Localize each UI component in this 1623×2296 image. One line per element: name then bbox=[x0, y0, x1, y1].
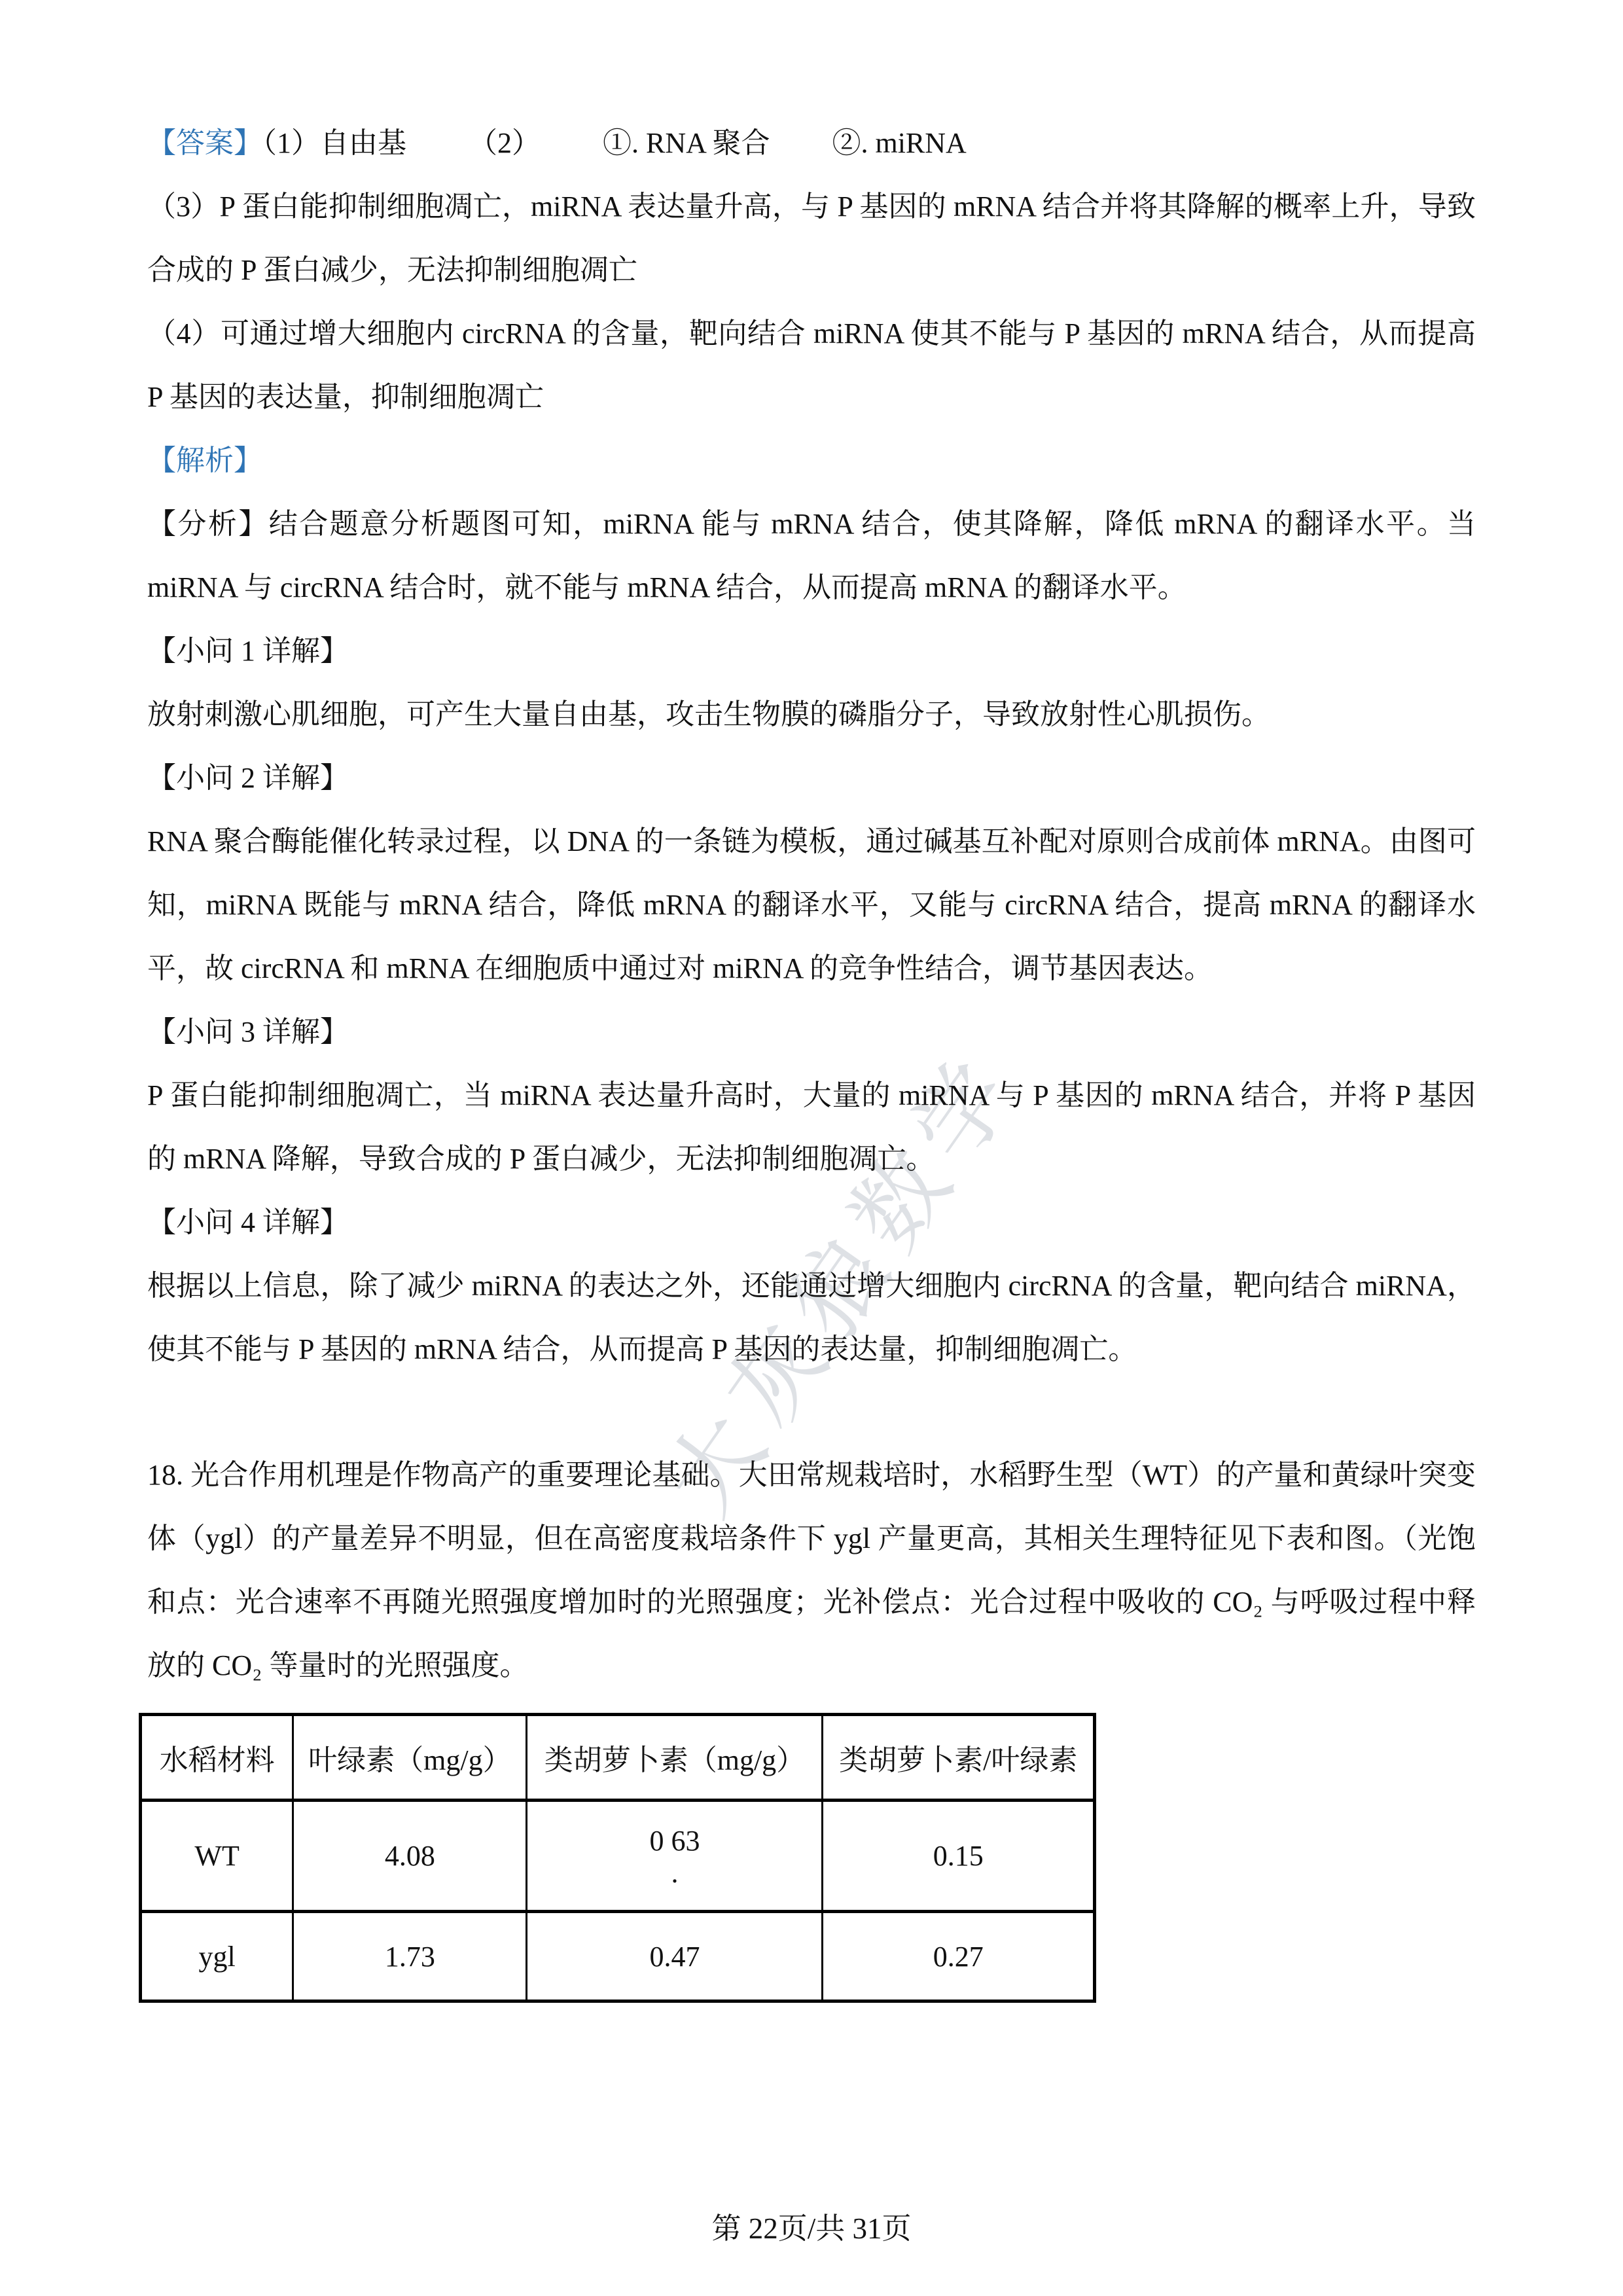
rice-trait-table: 水稻材料 叶绿素（mg/g） 类胡萝卜素（mg/g） 类胡萝卜素/叶绿素 WT … bbox=[139, 1713, 1096, 2003]
question-18-paragraph: 18. 光合作用机理是作物高产的重要理论基础。大田常规栽培时，水稻野生型（WT）… bbox=[147, 1443, 1476, 1697]
table-row-ygl: ygl 1.73 0.47 0.27 bbox=[141, 1912, 1095, 2001]
answer-point-3: （3）P 蛋白能抑制细胞凋亡，miRNA 表达量升高，与 P 基因的 mRNA … bbox=[147, 175, 1476, 302]
sub1-label: 【小问 1 详解】 bbox=[147, 619, 1476, 683]
answer-point-4: （4）可通过增大细胞内 circRNA 的含量，靶向结合 miRNA 使其不能与… bbox=[147, 302, 1476, 429]
header-chlorophyll: 叶绿素（mg/g） bbox=[293, 1715, 527, 1801]
sub3-label: 【小问 3 详解】 bbox=[147, 1000, 1476, 1064]
header-carotenoid: 类胡萝卜素（mg/g） bbox=[527, 1715, 823, 1801]
jiexi-section-label: 【解析】 bbox=[147, 429, 1476, 492]
cell-wt-chlorophyll: 4.08 bbox=[293, 1801, 527, 1912]
answer-line: 【答案】（1）自由基（2）①. RNA 聚合②. miRNA bbox=[147, 111, 1476, 175]
cell-wt-carotenoid-line2: . bbox=[527, 1858, 821, 1888]
answer-segment-2: （2） bbox=[469, 127, 541, 159]
sub2-paragraph: RNA 聚合酶能催化转录过程，以 DNA 的一条链为模板，通过碱基互补配对原则合… bbox=[147, 810, 1476, 1000]
cell-ygl-carotenoid: 0.47 bbox=[527, 1912, 823, 2001]
sub1-paragraph: 放射刺激心肌细胞，可产生大量自由基，攻击生物膜的磷脂分子，导致放射性心肌损伤。 bbox=[147, 683, 1476, 746]
table-header-row: 水稻材料 叶绿素（mg/g） 类胡萝卜素（mg/g） 类胡萝卜素/叶绿素 bbox=[141, 1715, 1095, 1801]
answer-label: 【答案】 bbox=[147, 127, 262, 159]
jiexi-label: 【解析】 bbox=[147, 444, 262, 476]
cell-wt-carotenoid: 0 63 . bbox=[527, 1801, 823, 1912]
sub2-label: 【小问 2 详解】 bbox=[147, 746, 1476, 810]
answer-segment-3: ①. RNA 聚合 bbox=[603, 127, 770, 159]
header-rice-material: 水稻材料 bbox=[141, 1715, 293, 1801]
fenxi-label: 【分析】 bbox=[147, 508, 269, 540]
cell-wt-material: WT bbox=[141, 1801, 293, 1912]
page-number-footer: 第 22页/共 31页 bbox=[0, 2204, 1623, 2247]
fenxi-text: 结合题意分析题图可知，miRNA 能与 mRNA 结合，使其降解，降低 mRNA… bbox=[147, 508, 1476, 603]
cell-ygl-material: ygl bbox=[141, 1912, 293, 2001]
cell-ygl-ratio: 0.27 bbox=[823, 1912, 1095, 2001]
answer-segment-1: （1）自由基 bbox=[262, 127, 406, 159]
sub4-paragraph: 根据以上信息，除了减少 miRNA 的表达之外，还能通过增大细胞内 circRN… bbox=[147, 1254, 1476, 1381]
cell-wt-ratio: 0.15 bbox=[823, 1801, 1095, 1912]
cell-ygl-chlorophyll: 1.73 bbox=[293, 1912, 527, 2001]
sub4-label: 【小问 4 详解】 bbox=[147, 1191, 1476, 1254]
fenxi-paragraph: 【分析】结合题意分析题图可知，miRNA 能与 mRNA 结合，使其降解，降低 … bbox=[147, 492, 1476, 619]
table-row-wt: WT 4.08 0 63 . 0.15 bbox=[141, 1801, 1095, 1912]
document-page: 大灰狼数学 【答案】（1）自由基（2）①. RNA 聚合②. miRNA （3）… bbox=[0, 0, 1623, 2296]
document-content: 【答案】（1）自由基（2）①. RNA 聚合②. miRNA （3）P 蛋白能抑… bbox=[147, 111, 1476, 2003]
header-carotenoid-chlorophyll-ratio: 类胡萝卜素/叶绿素 bbox=[823, 1715, 1095, 1801]
cell-wt-carotenoid-line1: 0 63 bbox=[527, 1824, 821, 1858]
answer-segment-4: ②. miRNA bbox=[832, 127, 966, 159]
sub3-paragraph: P 蛋白能抑制细胞凋亡，当 miRNA 表达量升高时，大量的 miRNA 与 P… bbox=[147, 1064, 1476, 1191]
